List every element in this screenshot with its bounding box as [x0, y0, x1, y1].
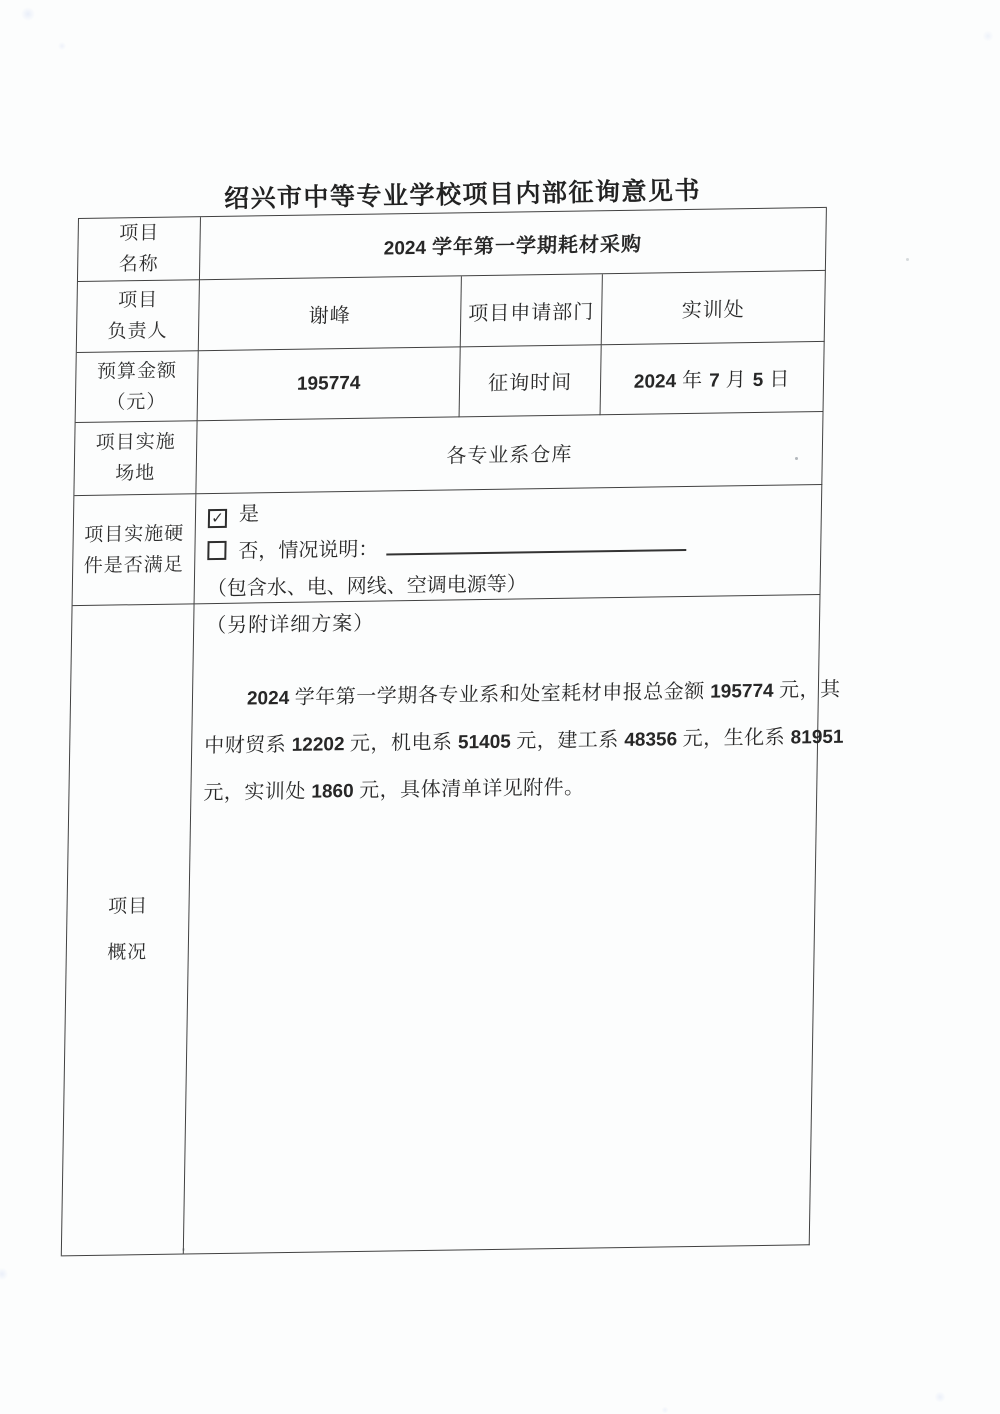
consultation-date-value: 2024 年 7 月 5 日 — [601, 342, 825, 415]
hardware-requirement-content: ✓是 否，情况说明： （包含水、电、网线、空调电源等） — [195, 485, 823, 604]
budget-amount-value: 195774 — [198, 347, 461, 421]
hardware-no-option: 否，情况说明： — [207, 531, 820, 565]
check-icon: ✓ — [211, 509, 224, 527]
overview-paragraph: 2024 学年第一学期各专业系和处室耗材申报总金额 195774 元，其 中财贸… — [203, 667, 818, 817]
project-leader-label: 项目 负责人 — [77, 280, 200, 353]
overview-paragraph-line3: 元，实训处 1860 元，具体清单详见附件。 — [203, 761, 817, 817]
form-table: 项目 名称 2024 学年第一学期耗材采购 项目 负责人 谢峰 项目申请部门 实… — [61, 207, 827, 1256]
overview-paragraph-line2: 中财贸系 12202 元，机电系 51405 元，建工系 48356 元，生化系… — [204, 714, 818, 770]
paper-speck — [906, 258, 909, 261]
budget-amount-label: 预算金额 （元） — [76, 351, 199, 423]
applying-department-value: 实训处 — [602, 271, 826, 345]
applying-department-label: 项目申请部门 — [461, 274, 603, 347]
implementation-site-value: 各专业系仓库 — [196, 412, 823, 494]
implementation-site-label: 项目实施 场地 — [74, 421, 197, 496]
mechatronics-dept-amount: 51405 — [458, 732, 511, 754]
project-leader-value: 谢峰 — [199, 276, 462, 351]
explanation-blank-line — [386, 533, 686, 555]
project-year-value: 2024 — [384, 237, 427, 259]
project-name-label: 项目 名称 — [78, 217, 201, 282]
consultation-time-label: 征询时间 — [460, 345, 602, 417]
overview-year: 2024 — [247, 688, 290, 710]
hardware-requirement-label: 项目实施硬 件是否满足 — [73, 494, 197, 606]
yes-checkbox-checked-icon: ✓ — [208, 509, 227, 528]
construction-dept-amount: 48356 — [624, 729, 677, 751]
total-amount-value: 195774 — [710, 681, 774, 703]
project-name-value: 2024 学年第一学期耗材采购 — [200, 208, 827, 280]
finance-dept-amount: 12202 — [292, 734, 345, 756]
project-overview-label: 项目 概况 — [62, 604, 195, 1256]
project-overview-content: （另附详细方案） 2024 学年第一学期各专业系和处室耗材申报总金额 19577… — [184, 595, 821, 1255]
hardware-yes-option: ✓是 — [208, 494, 821, 528]
no-checkbox-unchecked-icon — [207, 541, 226, 560]
plan-attachment-note: （另附详细方案） — [206, 603, 819, 640]
biochem-dept-amount: 81951 — [790, 727, 843, 749]
training-office-amount: 1860 — [311, 781, 354, 803]
